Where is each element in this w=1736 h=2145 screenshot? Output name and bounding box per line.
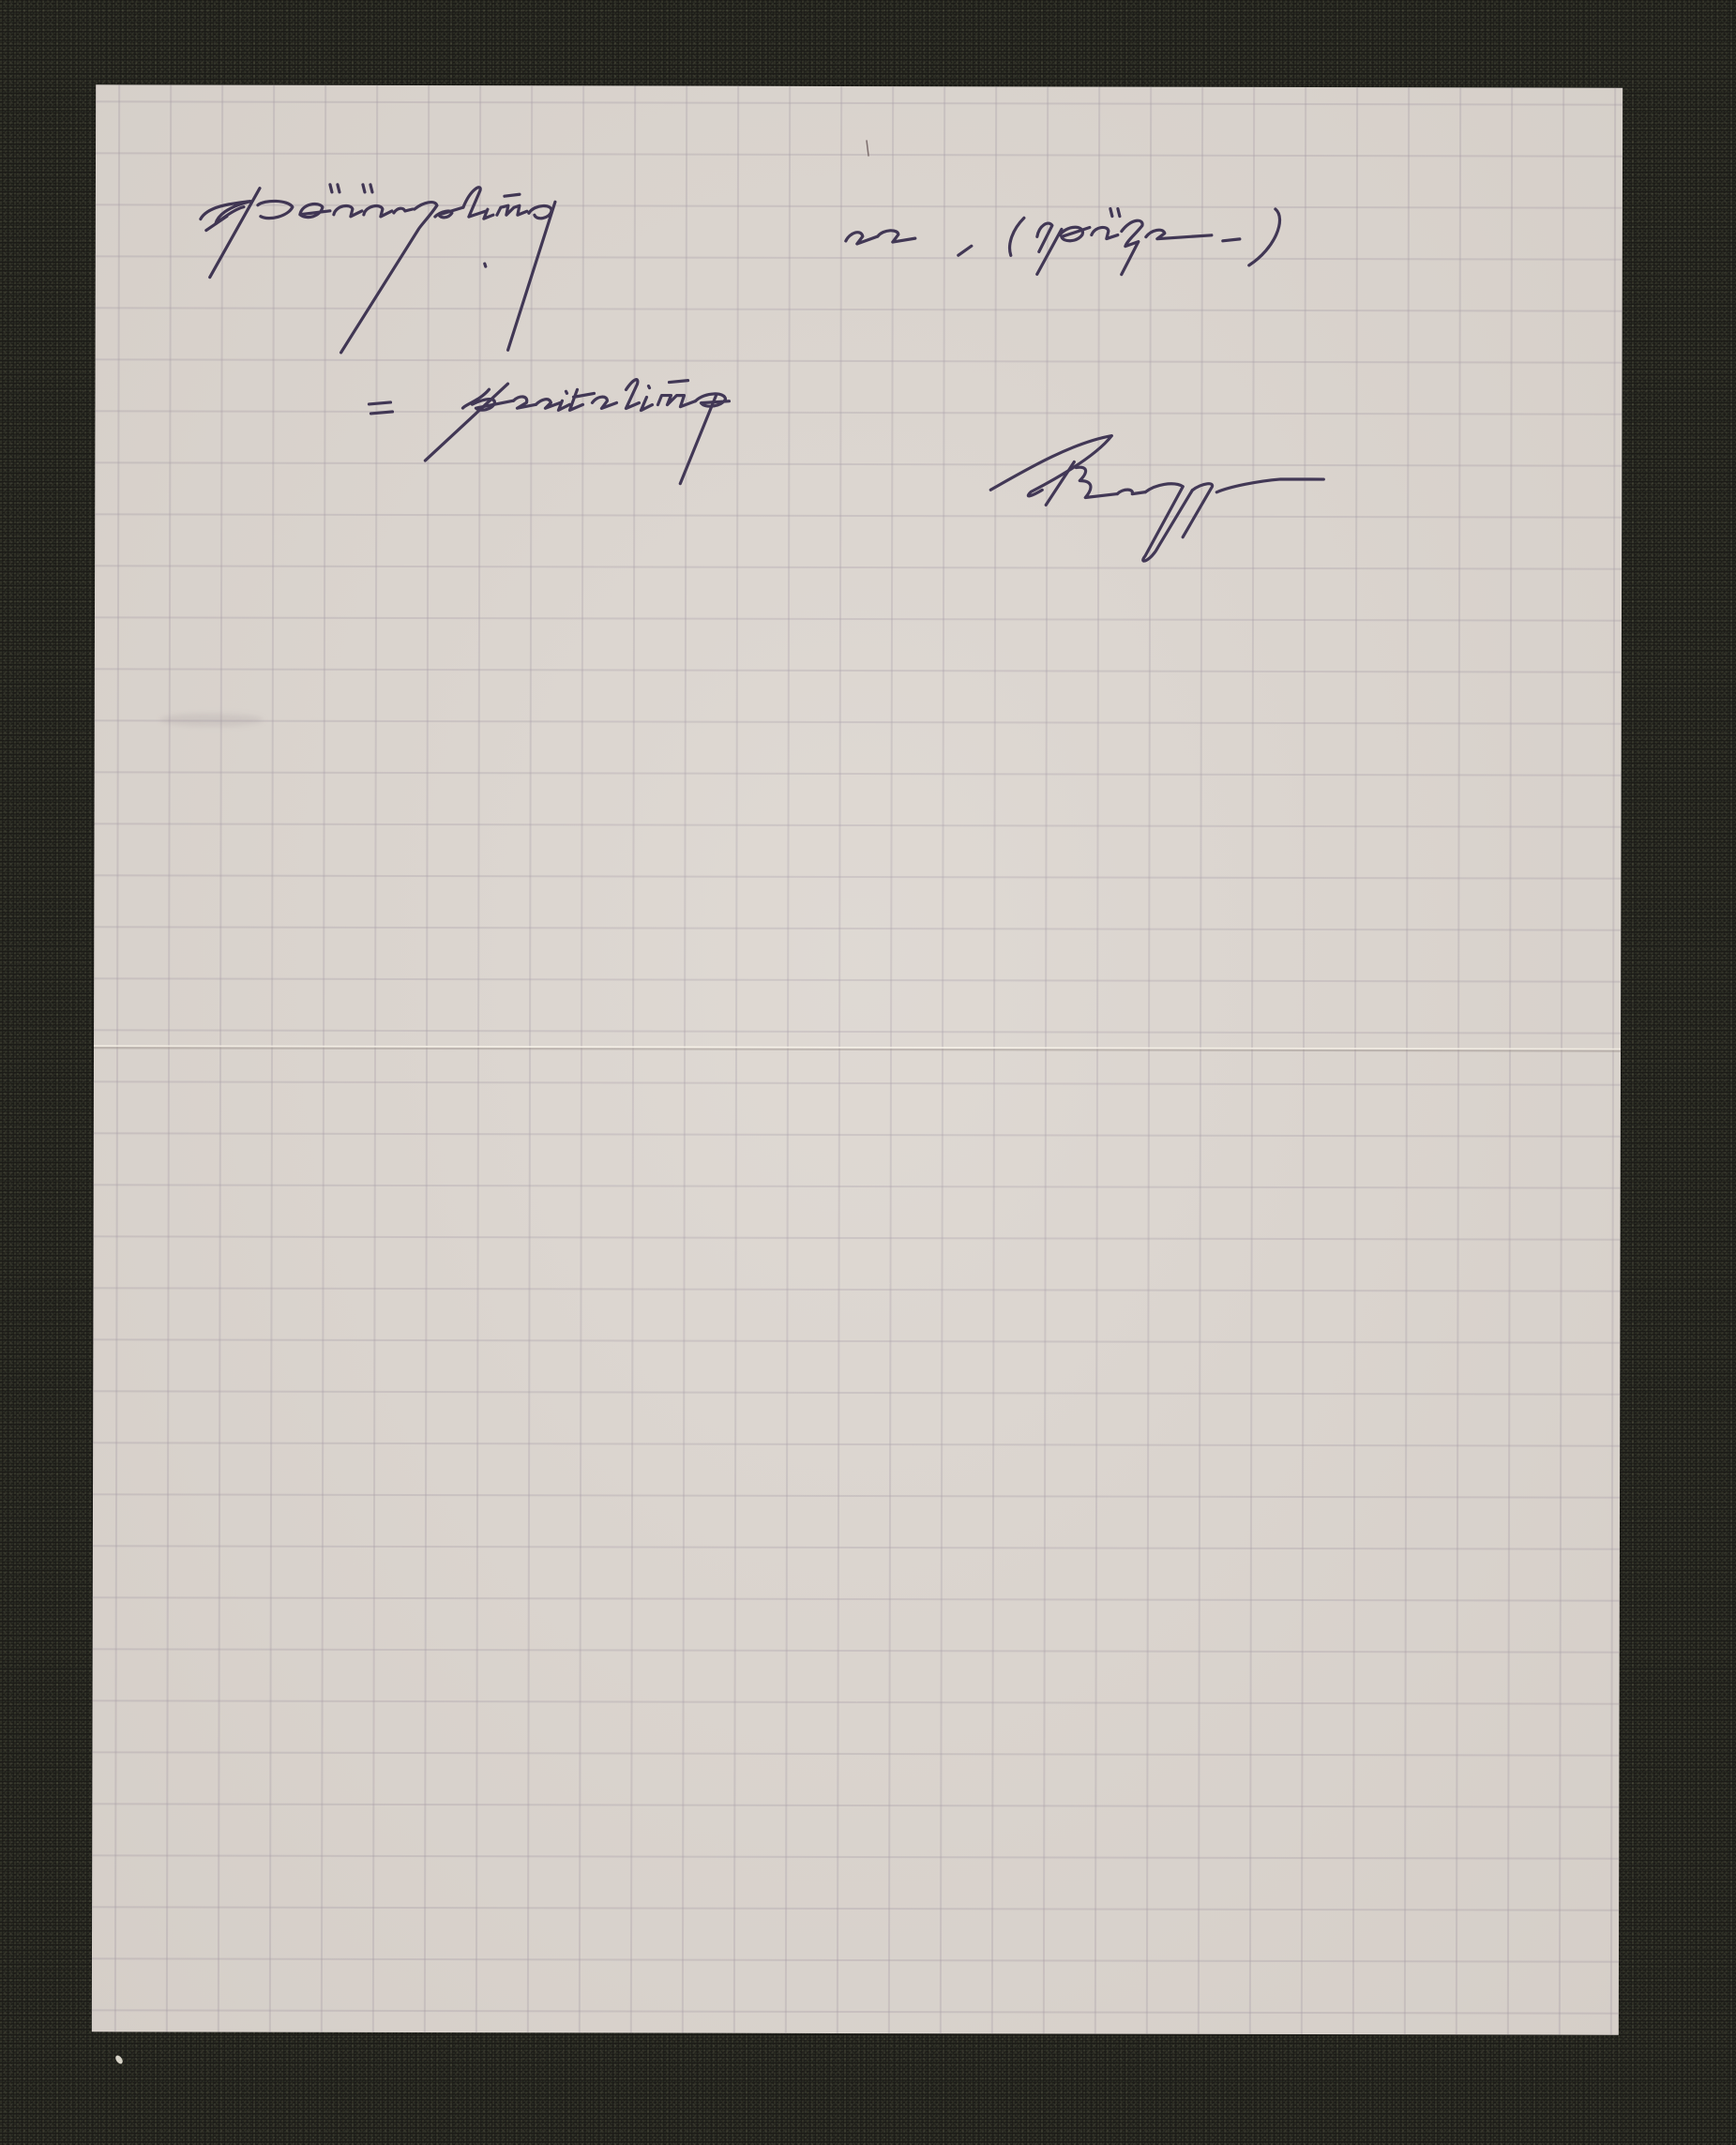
paper-smudge [160,713,264,726]
stray-mark [867,141,868,156]
signature [990,435,1323,561]
paper-sheet: spöärzelinge, (späz-) = speitelinge Berg… [92,84,1623,2034]
fold-crease [94,1045,1621,1051]
dust-speck [114,2054,125,2065]
handwritten-line-1 [201,185,1280,355]
handwriting-ink [95,84,1623,650]
handwritten-line-2 [369,379,729,484]
